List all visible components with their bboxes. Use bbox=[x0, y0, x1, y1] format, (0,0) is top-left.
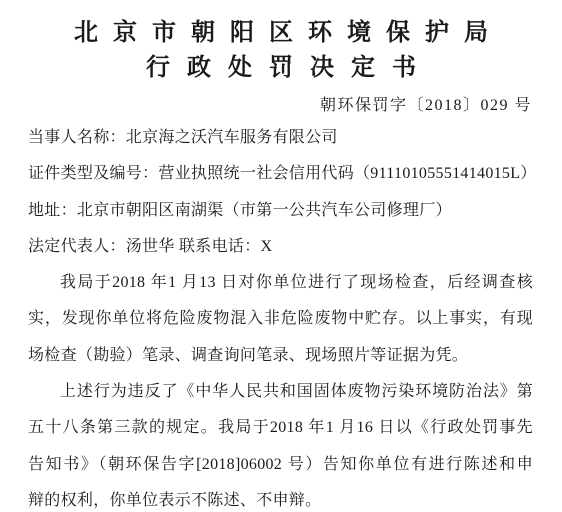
info-line-address: 地址：北京市朝阳区南湖渠（市第一公共汽车公司修理厂） bbox=[28, 193, 533, 229]
info-line-legal-representative: 法定代表人：汤世华 联系电话：X bbox=[28, 229, 533, 265]
title-line-agency: 北京市朝阳区环境保护局 bbox=[0, 16, 562, 51]
body-line: 上述行为违反了《中华人民共和国固体废物污染环境防治法》第 bbox=[28, 374, 533, 410]
body-line: 辩的权利，你单位表示不陈述、不申辩。 bbox=[28, 483, 533, 512]
info-line-party-name: 当事人名称：北京海之沃汽车服务有限公司 bbox=[28, 120, 533, 156]
penalty-decision-document: 北京市朝阳区环境保护局 行政处罚决定书 朝环保罚字〔2018〕029 号 当事人… bbox=[0, 0, 562, 512]
paragraph-inspection-facts: 我局于2018 年1 月13 日对你单位进行了现场检查，后经调查核 实，发现你单… bbox=[28, 265, 533, 374]
info-line-credential: 证件类型及编号：营业执照统一社会信用代码（91110105551414015L） bbox=[28, 156, 533, 192]
document-title: 北京市朝阳区环境保护局 行政处罚决定书 bbox=[0, 0, 562, 86]
body-line: 告知书》（朝环保告字[2018]06002 号）告知你单位有进行陈述和申 bbox=[28, 447, 533, 483]
body-line: 我局于2018 年1 月13 日对你单位进行了现场检查，后经调查核 bbox=[28, 265, 533, 301]
body-line: 实，发现你单位将危险废物混入非危险废物中贮存。以上事实，有现 bbox=[28, 301, 533, 337]
body-line: 场检查（勘验）笔录、调查询问笔录、现场照片等证据为凭。 bbox=[28, 338, 533, 374]
paragraph-violation-notice: 上述行为违反了《中华人民共和国固体废物污染环境防治法》第 五十八条第三款的规定。… bbox=[28, 374, 533, 512]
body-line: 五十八条第三款的规定。我局于2018 年1 月16 日以《行政处罚事先 bbox=[28, 410, 533, 446]
document-body: 当事人名称：北京海之沃汽车服务有限公司 证件类型及编号：营业执照统一社会信用代码… bbox=[0, 120, 562, 512]
title-line-doc-type: 行政处罚决定书 bbox=[0, 51, 562, 86]
doc-number: 朝环保罚字〔2018〕029 号 bbox=[0, 96, 562, 116]
